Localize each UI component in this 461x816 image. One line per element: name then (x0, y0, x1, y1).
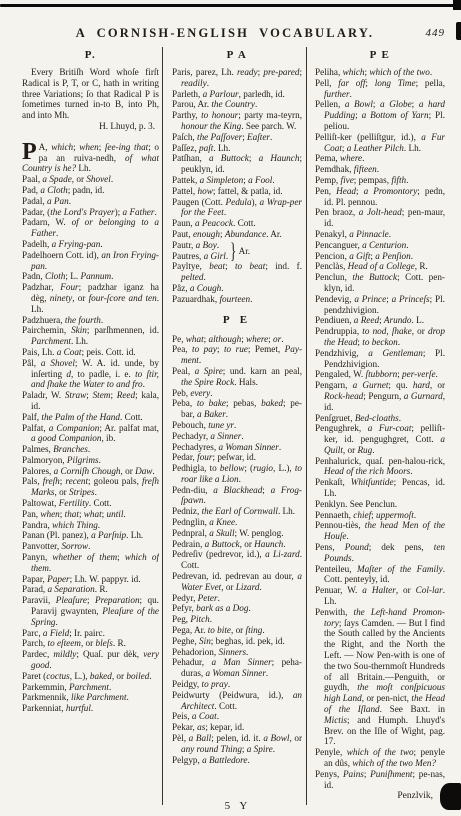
dictionary-entry: Pendevig, a Prince; a Princeſs; Pl. pend… (315, 294, 445, 316)
dictionary-entry: Pèl, a Ball; pelen, id. it. a Bowl, or a… (172, 733, 302, 755)
brace-glyph: } (230, 239, 236, 263)
dictionary-entry: Paret (coctus, L.), baked, or boiled. (22, 671, 159, 682)
scan-smudge-top-right (453, 0, 461, 10)
dictionary-entry: Papar, Paper; Lh. W. pappyr. id. (22, 574, 159, 585)
dictionary-entry: Pell, far off; long Time; pella, further… (315, 78, 445, 100)
dictionary-entry: Peliha, which; which of the two. (315, 67, 445, 78)
dictionary-entry: Pedreſiv (pedrevor, id.), a Li-zard. Cot… (172, 549, 302, 571)
dictionary-entry: Penſgruet, Bed-cloaths. (315, 413, 445, 424)
catchword: Penzlvik, (397, 791, 433, 801)
dictionary-entry: Panyn, whether of them; which of them. (22, 552, 159, 574)
dictionary-entry: Pelliſt-ker (pelliſtgur, id.), a Fur Coa… (315, 132, 445, 154)
dictionary-entry: Pedrevan, id. pedrevan au dour, a Water … (172, 571, 302, 593)
dictionary-entry: Pedar, four; peſwar, id. (172, 452, 302, 463)
dictionary-entry: Penwith, the Left-hand Promon-tory; ſays… (315, 607, 445, 747)
dictionary-entry: Parkmennik, like Parchment. (22, 692, 159, 703)
dictionary-entry: Pendzhivig, a Gentleman; Pl. Pendzhivigi… (315, 348, 445, 370)
dictionary-entry: Penuar, W. a Halter, or Col-lar. Lh. (315, 585, 445, 607)
dictionary-entry: Parou, Ar. the Country. (172, 99, 302, 110)
dictionary-entry: Payltye, beat; to beat; ind. f. pelted. (172, 261, 302, 283)
column-p: Every Britiſh Word whoſe firſt Radical i… (22, 67, 159, 808)
dictionary-entry: Pengarn, a Gurnet; qu. hard, or Rock-hea… (315, 380, 445, 412)
dictionary-entry: Pennaeth, chief; uppermoſt. (315, 510, 445, 521)
dictionary-entry: Penclun, the Buttock; Cott. pen-klyn, id… (315, 272, 445, 294)
dictionary-entry: Pechadyres, a Woman Sinner. (172, 442, 302, 453)
dictionary-entry: Paladr, W. Straw; Stem; Reed; kala, id. (22, 390, 159, 412)
dictionary-entry: Pan, when; that; what; until. (22, 509, 159, 520)
page-number: 449 (426, 27, 446, 39)
dictionary-entry: Pals, freſh; recent; goleou pals, freſh … (22, 476, 159, 498)
scan-edge-top (0, 4, 461, 7)
paired-entry-lines: Pautr, a Boy.Pautres, a Girl. (172, 240, 228, 262)
brace-label: Ar. (239, 246, 250, 256)
dictionary-entry: Pedyr, Peter. (172, 593, 302, 604)
dictionary-entry: Palmes, Branches. (22, 444, 159, 455)
dictionary-entry: PA, which; when; ſee-ing that; o pa an r… (22, 142, 159, 174)
dictionary-entry: Pea, to pay; to rue; Pemet, Pay-ment. (172, 344, 302, 366)
dictionary-entry: Pellen, a Bowl; a Globe; a hard Pudding;… (315, 99, 445, 131)
dictionary-entry: Pâz, a Cough. (172, 283, 302, 294)
dictionary-entry: Pema, where. (315, 153, 445, 164)
dictionary-entry: Penyle, which of the two; penyle an dûs,… (315, 747, 445, 769)
dictionary-entry: Panvotter, Sorrow. (22, 541, 159, 552)
dictionary-entry: Panan (Pl. panez), a Parſnip. Lh. (22, 530, 159, 541)
dictionary-entry: Pencion, a Gift; a Penſion. (315, 251, 445, 262)
dictionary-entry: Padzhuera, the fourth. (22, 315, 159, 326)
dictionary-entry: Pendruppia, to nod, ſhake, or drop the H… (315, 326, 445, 348)
dictionary-entry: Pednpral, a Skull; W. penglog. (172, 528, 302, 539)
dictionary-entry: Paſch, the Paſſover; Eaſter. (172, 132, 302, 143)
dictionary-entry: Pazuardhak, fourteen. (172, 294, 302, 305)
dictionary-entry: Pedhigla, to bellow; (rugio, L.), to roa… (172, 463, 302, 485)
dictionary-entry: Pelgyp, a Battledore. (172, 755, 302, 766)
dictionary-entry: Pâl, a Shovel; W. A. id. unde, by inſert… (22, 358, 159, 390)
dictionary-entry: Parad, a Separation. R. (22, 584, 159, 595)
dictionary-entry: Pehadur, a Man Sinner; peha-duras, a Wom… (172, 657, 302, 679)
dictionary-entry: Peis, a Coat. (172, 711, 302, 722)
dictionary-entry: Padar, (the Lord's Prayer); a Father. (22, 207, 159, 218)
dictionary-entry: Pautr, a Boy. (172, 240, 228, 251)
dictionary-entry: Padelh, a Frying-pan. (22, 239, 159, 250)
dictionary-entry: Patſhan, a Buttock; a Haunch; peuklyn, i… (172, 153, 302, 175)
dictionary-entry: Penakyl, a Pinnacle. (315, 229, 445, 240)
column-header-p: P. (22, 49, 159, 61)
dictionary-entry: Parthy, to honour; party ma-teyrn, honou… (172, 110, 302, 132)
intro-paragraph: Every Britiſh Word whoſe firſt Radical i… (22, 67, 159, 121)
dictionary-entry: Parkenniat, hurtful. (22, 703, 159, 714)
dictionary-entry: Padarn, W. of or belonging to a Father. (22, 217, 159, 239)
dictionary-entry: Paal, a Spade, or Shovel. (22, 174, 159, 185)
dictionary-entry: Pardec, mildly; Quaſ. pur dèk, very good… (22, 649, 159, 671)
dictionary-entry: Paſſez, paſt. Lh. (172, 143, 302, 154)
signature-mark: 5 Y (171, 800, 301, 812)
dictionary-entry: Paun, a Peacock. Cott. (172, 218, 302, 229)
dictionary-entry: Penclàs, Head of a College, R. (315, 261, 445, 272)
dictionary-entry: Pebouch, tune yr. (172, 420, 302, 431)
dictionary-entry: Pechadyr, a Sinner. (172, 431, 302, 442)
dictionary-entry: Pe, what; although; where; or. (172, 334, 302, 345)
dictionary-entry: Padzhar, Four; padzhar iganz ha dèg, nin… (22, 282, 159, 314)
dictionary-entry: Paravii, Pleaſure; Preparation; qu. Para… (22, 595, 159, 627)
dictionary-entry: Pednglin, a Knee. (172, 517, 302, 528)
dictionary-entry: Pengughrek, a Fur-coat; pelliſt-ker, id.… (315, 423, 445, 455)
dictionary-entry: Palmoryon, Pilgrims. (22, 455, 159, 466)
dictionary-entry: Pefyr, bark as a Dog. (172, 603, 302, 614)
dictionary-entry: Pennou-tiès, the head Men of the Houſe. (315, 520, 445, 542)
drop-cap-initial: P (22, 142, 39, 162)
dictionary-entry: Paltowat, Fertility. Cott. (22, 498, 159, 509)
dictionary-entry-pair: Pautr, a Boy.Pautres, a Girl.}Ar. (172, 240, 302, 262)
dictionary-entry: Peb, every. (172, 388, 302, 399)
running-title: A CORNISH-ENGLISH VOCABULARY. (30, 26, 420, 41)
dictionary-entry: Pedn-diu, a Blackhead; a Frog-ſpawn. (172, 485, 302, 507)
dictionary-entry: Peghe, Sin; beghas, id. pek, id. (172, 636, 302, 647)
dictionary-entry: Pairchemin, Skin; parſhmennen, id. Parch… (22, 325, 159, 347)
dictionary-entry: Pandra, which Thing. (22, 520, 159, 531)
dictionary-entry: Palf, the Palm of the Hand. Cott. (22, 412, 159, 423)
dictionary-entry: Paut, enough; Abundance. Ar. (172, 229, 302, 240)
dictionary-entry: Pattek, a Simpleton; a Fool. (172, 175, 302, 186)
dictionary-entry: Pad, a Cloth; padn, id. (22, 185, 159, 196)
dictionary-entry: Penteileu, Maſter of the Family. Cott. p… (315, 564, 445, 586)
column-pe: Peliha, which; which of the two.Pell, fa… (315, 67, 445, 808)
dictionary-entry: Pautres, a Girl. (172, 251, 228, 262)
dictionary-entry: Peg, Pitch. (172, 614, 302, 625)
intro-attribution: H. Lhuyd, p. 3. (22, 121, 159, 132)
dictionary-entry: Pen, Head; a Promontory; pedn, id. Pl. p… (315, 186, 445, 208)
dictionary-entry: Palores, a Corniſh Chough, or Daw. (22, 466, 159, 477)
dictionary-entry: Pemp, five; pempas, fifth. (315, 175, 445, 186)
dictionary-entry: Penhalurick, quaſ. pen-halou-rick, Head … (315, 456, 445, 478)
dictionary-entry: Pais, Lh. a Coat; peis. Cott. id. (22, 347, 159, 358)
dictionary-entry: Pedrain, a Buttock, or Haunch. (172, 539, 302, 550)
dictionary-entry: Padal, a Pan. (22, 196, 159, 207)
dictionary-entry: Padn, Cloth; L. Pannum. (22, 271, 159, 282)
dictionary-entry: Penklyn. See Penclun. (315, 499, 445, 510)
column-pa: Paris, parez, Lh. ready; pre-pared; read… (172, 67, 302, 808)
column-header-pa: P A (172, 49, 302, 61)
dictionary-entry: Pehadorion, Sinners. (172, 647, 302, 658)
dictionary-entry: Pencanguer, a Centurion. (315, 240, 445, 251)
dictionary-entry: Pendiuen, a Reed; Arundo. L. (315, 315, 445, 326)
dictionary-entry: Peba, to bake; pebas, baked; pe-bar, a B… (172, 398, 302, 420)
dictionary-entry: Pemdhak, fifteen. (315, 164, 445, 175)
dictionary-entry: Pengaled, W. ſtubborn; per-verſe. (315, 369, 445, 380)
dictionary-entry: Pekar, as; kepar, id. (172, 722, 302, 733)
book-page: A CORNISH-ENGLISH VOCABULARY. 449 P. P A… (0, 0, 461, 816)
dictionary-entry: Palfat, a Companion; Ar. palfat mat, a g… (22, 423, 159, 445)
dictionary-entry: Parkemmin, Parchment. (22, 682, 159, 693)
dictionary-entry: Padelhoern Cott. id), an Iron Frying-pan… (22, 250, 159, 272)
dictionary-entry: Peidwurty (Peidwura, id.), an Architect.… (172, 690, 302, 712)
dictionary-entry: Pattel, how; fattel, & patla, id. (172, 186, 302, 197)
column-headers-row: P. P A P E (22, 49, 445, 61)
dictionary-entry: Paris, parez, Lh. ready; pre-pared; read… (172, 67, 302, 89)
column-header-pe: P E (315, 49, 445, 61)
dictionary-entry: Pedniz, the Earl of Cornwall. Lh. (172, 506, 302, 517)
scan-smudge-right-edge (456, 22, 461, 40)
dictionary-entry: Penkaſt, Whitſuntide; Pencas, id. Lh. (315, 477, 445, 499)
dictionary-entry: Parleth, a Parlour, parledh, id. (172, 89, 302, 100)
vocabulary-columns: Every Britiſh Word whoſe firſt Radical i… (22, 67, 445, 808)
dictionary-entry: Pens, Pound; dek pens, ten Pounds. (315, 542, 445, 564)
dictionary-entry: Peal, a Spire; und. karn an peal, the Sp… (172, 366, 302, 388)
dictionary-entry: Paugen (Cott. Pedula), a Wrap-per for th… (172, 197, 302, 219)
dictionary-entry: Penys, Pains; Puniſhment; pe-nas, id. (315, 769, 445, 791)
dictionary-entry: Parch, to eſteem, or bleſs. R. (22, 638, 159, 649)
dictionary-entry: Pega, Ar. to bite, or ſting. (172, 625, 302, 636)
dictionary-entry: Parc, a Field; Ir. pairc. (22, 628, 159, 639)
dictionary-entry: Pen braoz, a Jolt-head; pen-maur, id. (315, 207, 445, 229)
dictionary-entry: Peidgy, to pray. (172, 679, 302, 690)
section-heading-pe: P E (172, 314, 302, 326)
